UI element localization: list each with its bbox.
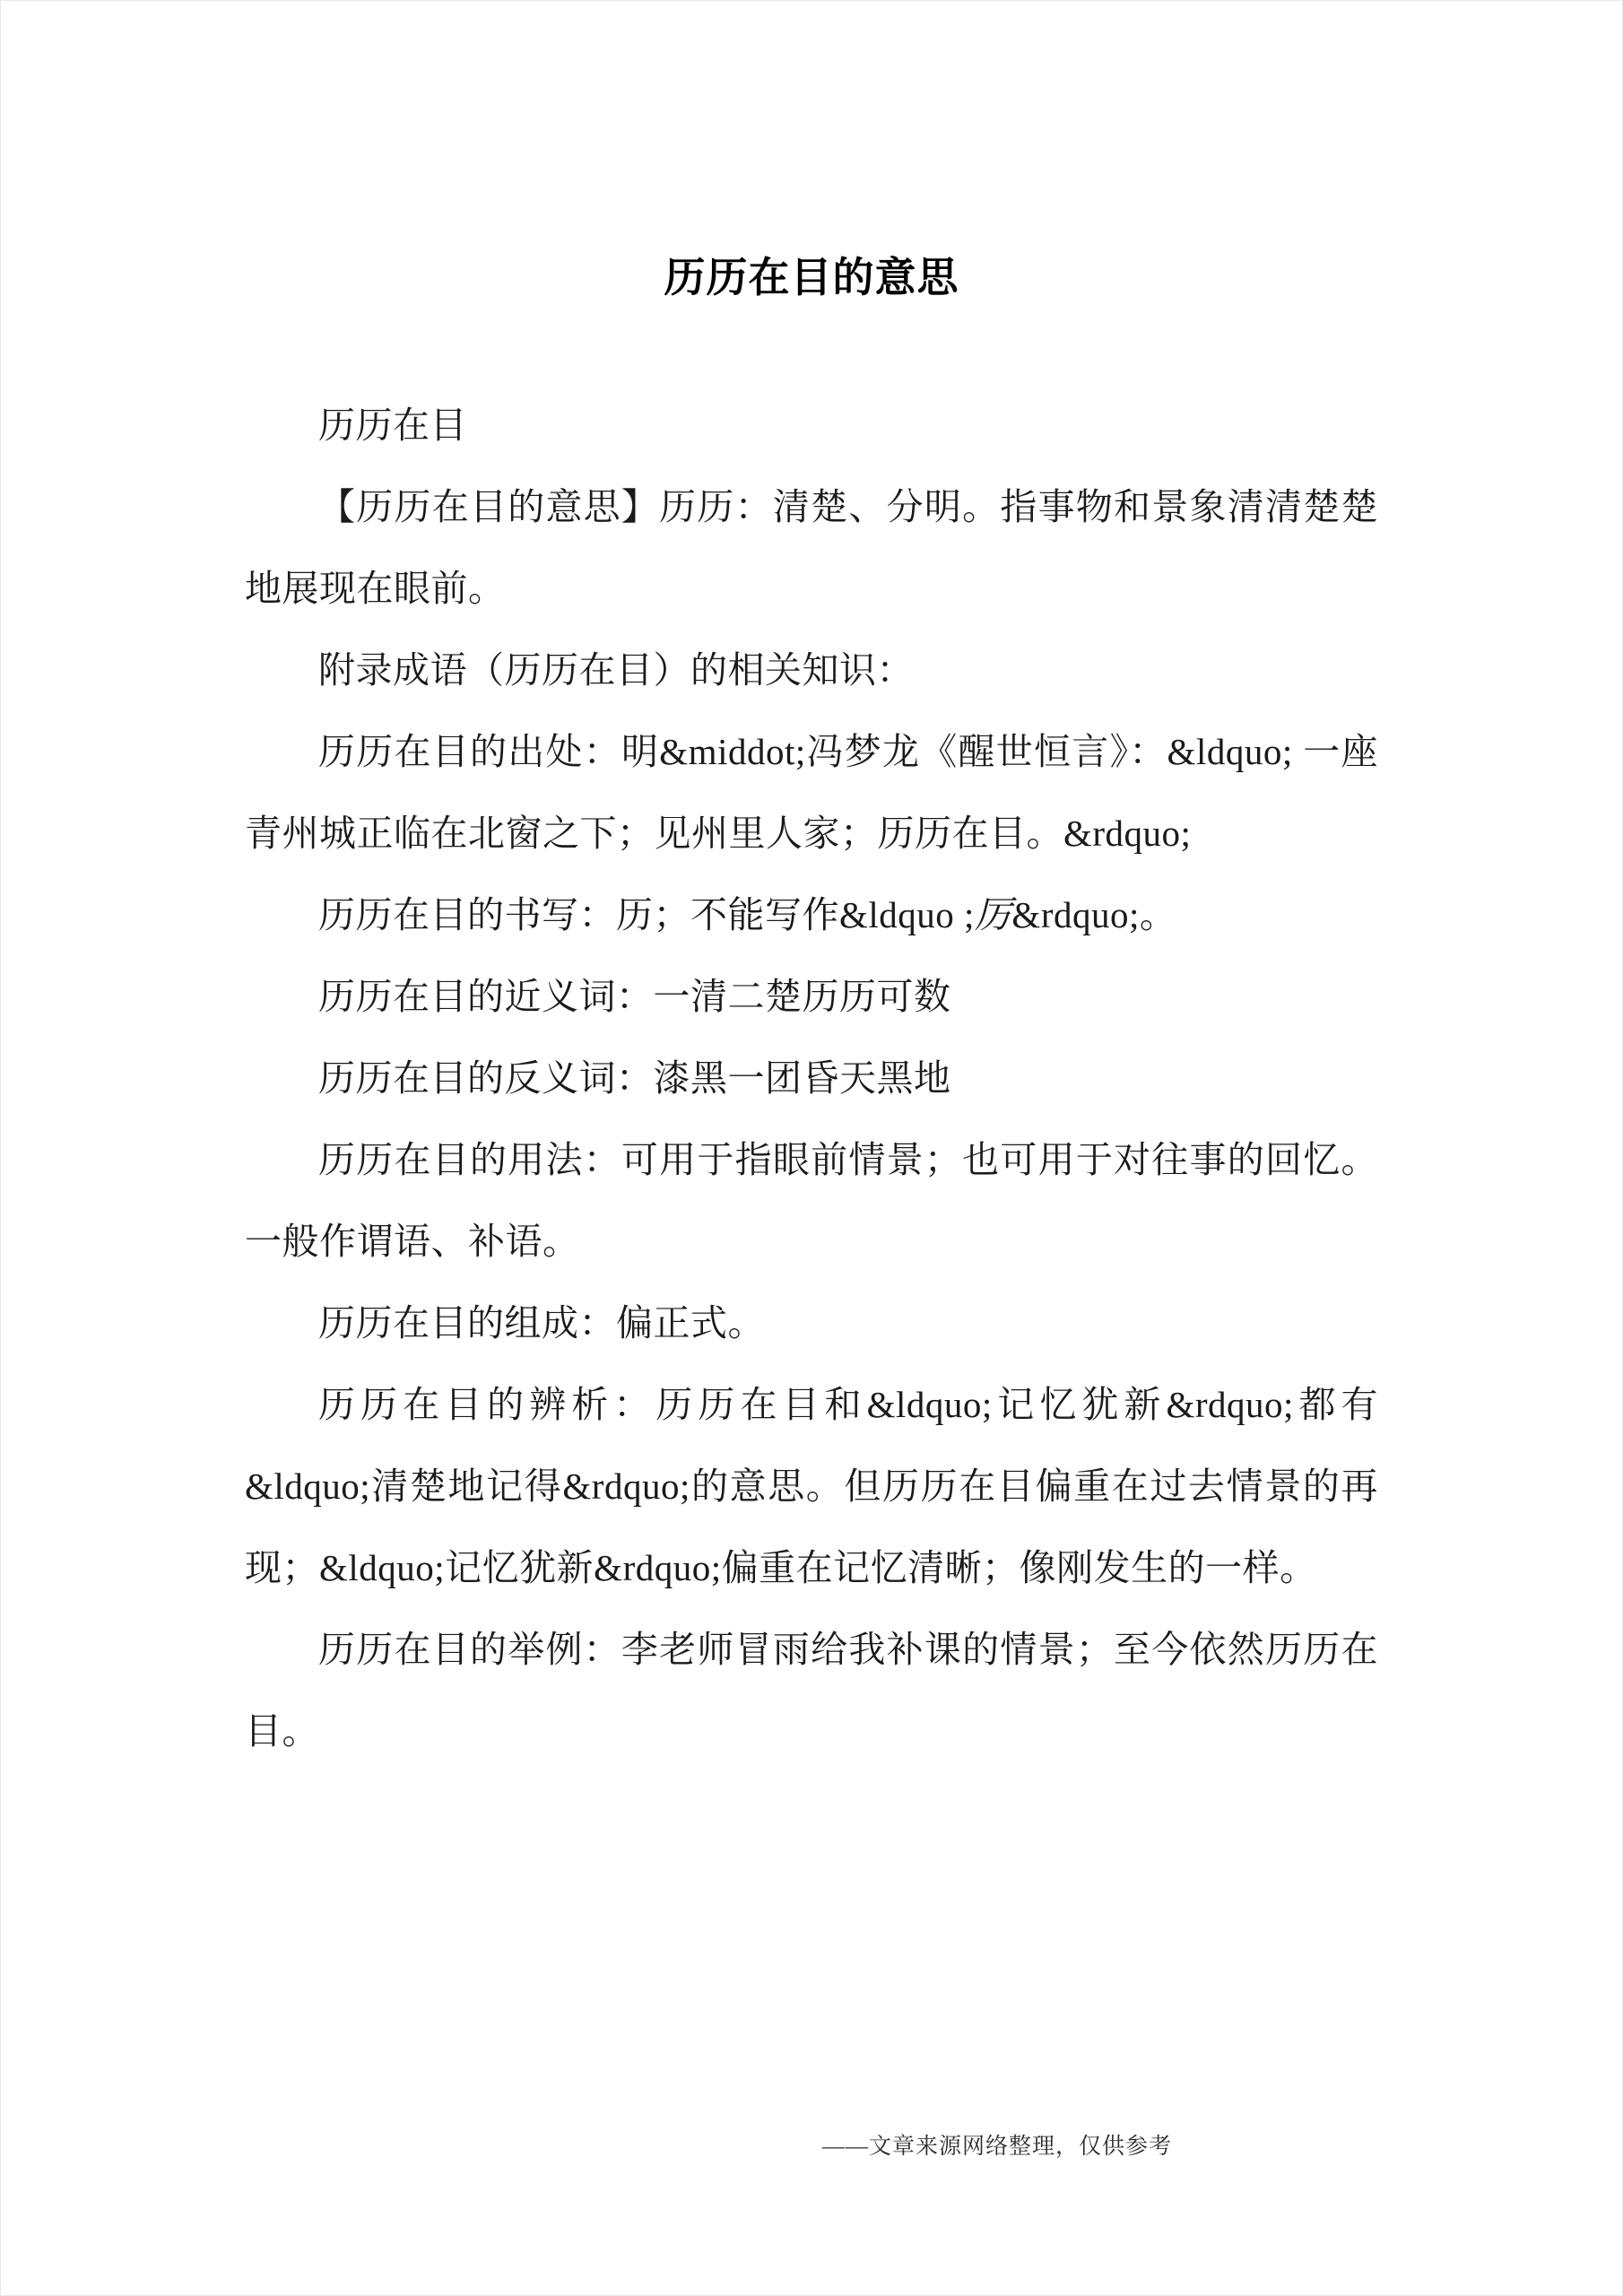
- paragraph-usage: 历历在目的用法：可用于指眼前情景；也可用于对往事的回忆。一般作谓语、补语。: [245, 1119, 1378, 1283]
- paragraph-definition: 【历历在目的意思】历历：清楚、分明。指事物和景象清清楚楚地展现在眼前。: [245, 466, 1378, 630]
- paragraph-writing: 历历在目的书写：历；不能写作&ldquo ;厉&rdquo;。: [245, 874, 1378, 956]
- paragraph-idiom-headword: 历历在目: [245, 385, 1378, 466]
- paragraph-antonyms: 历历在目的反义词：漆黑一团昏天黑地: [245, 1038, 1378, 1119]
- paragraph-origin: 历历在目的出处：明&middot;冯梦龙《醒世恒言》：&ldquo; 一座 青州…: [245, 711, 1378, 874]
- paragraph-synonyms: 历历在目的近义词：一清二楚历历可数: [245, 956, 1378, 1038]
- footer-source-note: ——文章来源网络整理，仅供参考: [822, 2134, 1172, 2161]
- paragraph-writing-pre: 历历在目的书写：历；不能写作&ldquo ;: [318, 894, 975, 935]
- document-body: 历历在目 【历历在目的意思】历历：清楚、分明。指事物和景象清清楚楚地展现在眼前。…: [245, 385, 1378, 1772]
- document-title: 历历在目的意思: [1, 256, 1622, 299]
- paragraph-writing-emphasis: 厉: [975, 894, 1012, 935]
- paragraph-example: 历历在目的举例：李老师冒雨给我补课的情景；至今依然历历在目。: [245, 1609, 1378, 1772]
- paragraph-writing-post: &rdquo;。: [1011, 894, 1176, 935]
- document-page: 历历在目的意思 历历在目 【历历在目的意思】历历：清楚、分明。指事物和景象清清楚…: [0, 0, 1623, 2296]
- paragraph-appendix-intro: 附录成语（历历在目）的相关知识：: [245, 630, 1378, 711]
- paragraph-composition: 历历在目的组成：偏正式。: [245, 1283, 1378, 1364]
- paragraph-discrimination: 历历在目的辨析：历历在目和&ldquo;记忆犹新&rdquo;都有&ldquo;…: [245, 1364, 1378, 1609]
